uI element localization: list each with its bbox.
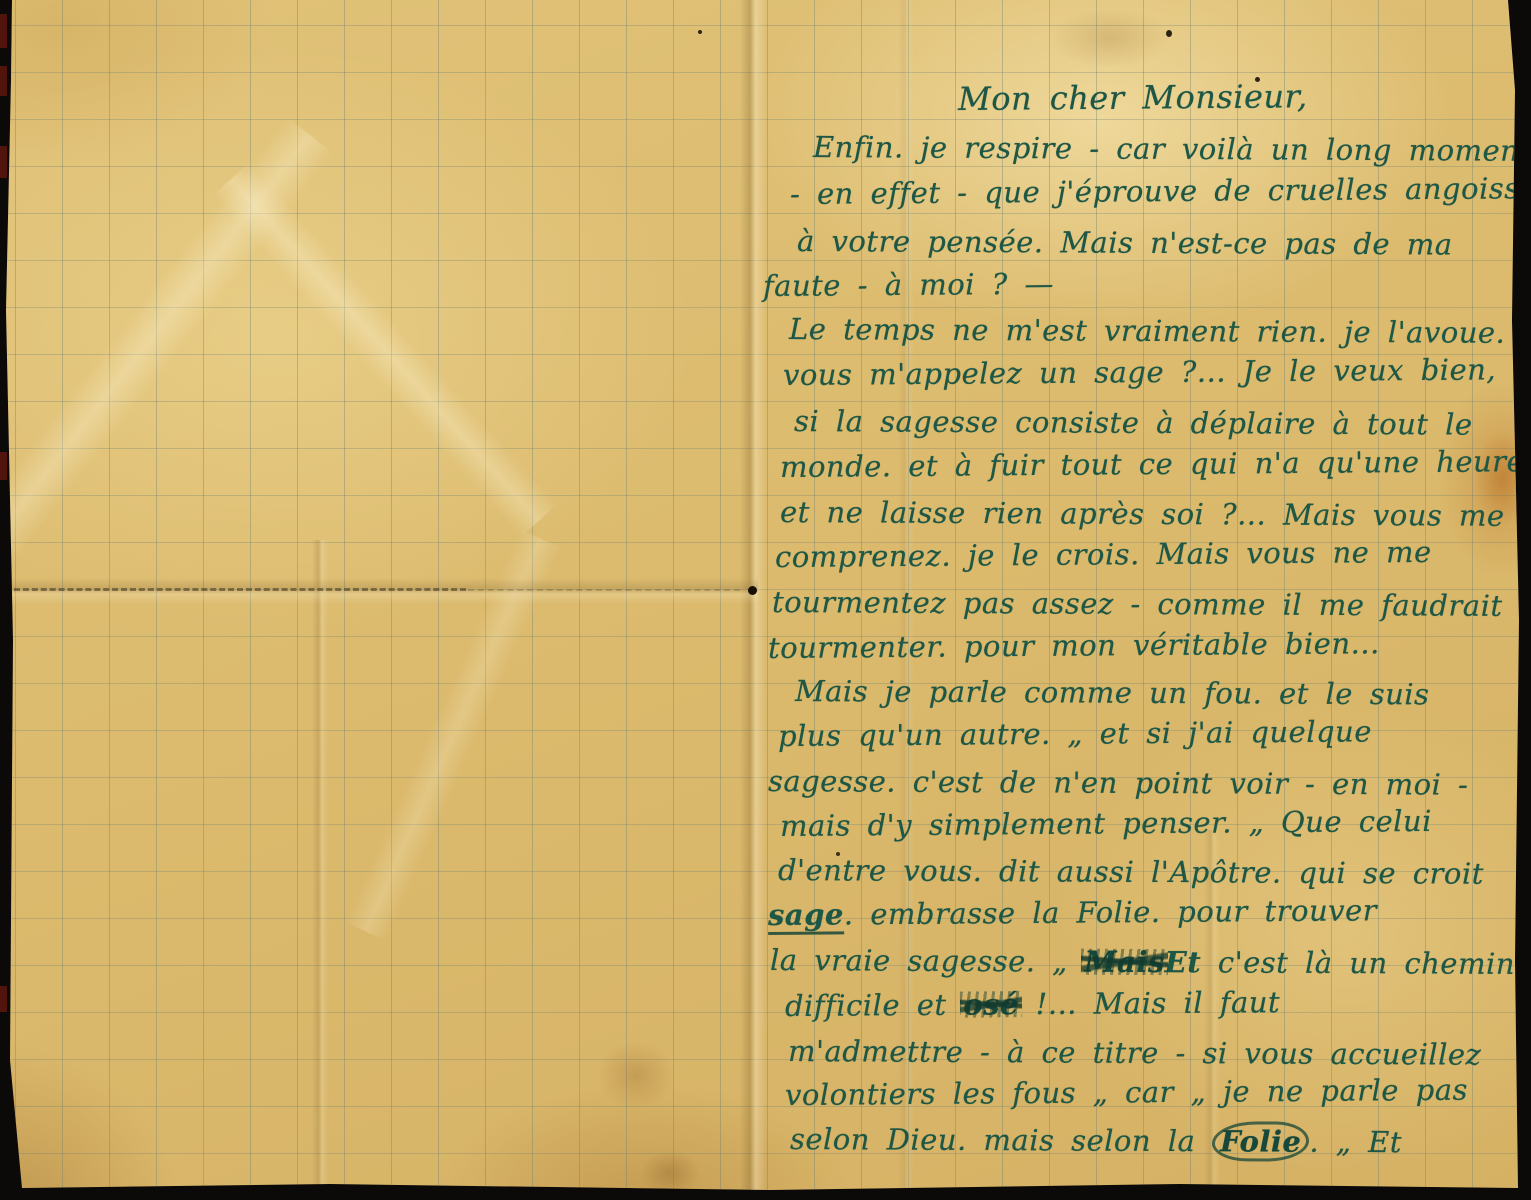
underlined-word: sage	[768, 897, 844, 935]
letter-line: d'entre vous. dit aussi l'Apôtre. qui se…	[778, 853, 1484, 891]
letter-line: Enfin. je respire - car voilà un long mo…	[813, 130, 1531, 168]
letter-line: faute - à moi ? —	[763, 267, 1054, 303]
letter-line: comprenez. je le crois. Mais vous ne me	[775, 535, 1432, 574]
handwritten-text: Mon cher Monsieur, Enfin. je respire - c…	[0, 0, 1531, 1200]
line-text: la vraie sagesse. „	[770, 943, 1085, 979]
paper-sheet: Mon cher Monsieur, Enfin. je respire - c…	[0, 0, 1531, 1200]
crossed-out-word: Mais	[1084, 945, 1164, 979]
letter-line: tourmenter. pour mon véritable bien...	[768, 626, 1380, 665]
letter-line: Mais je parle comme un fou. et le suis	[795, 674, 1430, 711]
letter-line: - en effet - que j'éprouve de cruelles a…	[790, 171, 1531, 211]
scanned-letter: Mon cher Monsieur, Enfin. je respire - c…	[0, 0, 1531, 1200]
edge-red-mark	[0, 986, 7, 1012]
edge-red-mark	[0, 14, 7, 48]
letter-line: vous m'appelez un sage ?... Je le veux b…	[783, 352, 1496, 392]
letter-line: Le temps ne m'est vraiment rien. je l'av…	[789, 312, 1531, 350]
line-text: selon Dieu. mais selon la	[790, 1122, 1212, 1158]
letter-line: la vraie sagesse. „ MaisEt c'est là un c…	[770, 943, 1515, 981]
letter-line: et ne laisse rien après soi ?... Mais vo…	[780, 495, 1505, 533]
letter-line: à votre pensée. Mais n'est-ce pas de ma	[797, 224, 1453, 261]
line-text: !... Mais il faut	[1019, 985, 1280, 1021]
letter-line: mais d'y simplement penser. „ Que celui	[780, 804, 1432, 843]
letter-line: sage. embrasse la Folie. pour trouver	[768, 893, 1377, 932]
edge-red-mark	[0, 452, 7, 480]
letter-line: monde. et à fuir tout ce qui n'a qu'une …	[780, 444, 1531, 484]
letter-line: plus qu'un autre. „ et si j'ai quelque	[778, 714, 1372, 753]
letter-line: si la sagesse consiste à déplaire à tout…	[794, 404, 1473, 442]
edge-red-mark	[0, 146, 7, 178]
overwritten-word: Et	[1165, 945, 1202, 979]
line-text: difficile et	[785, 988, 964, 1023]
line-text: . embrasse la Folie. pour trouver	[844, 893, 1377, 931]
circled-word: Folie	[1212, 1121, 1310, 1162]
crossed-out-word: osé	[963, 987, 1019, 1021]
letter-line: selon Dieu. mais selon la Folie. „ Et	[790, 1122, 1402, 1159]
line-text: . „ Et	[1309, 1125, 1402, 1159]
line-text: c'est là un chemin	[1201, 945, 1515, 981]
letter-line: sagesse. c'est de n'en point voir - en m…	[768, 764, 1469, 802]
edge-red-mark	[0, 66, 7, 96]
letter-line: difficile et osé !... Mais il faut	[785, 985, 1280, 1023]
salutation: Mon cher Monsieur,	[958, 77, 1308, 118]
letter-line: volontiers les fous „ car „ je ne parle …	[785, 1073, 1468, 1112]
letter-line: tourmentez pas assez - comme il me faudr…	[772, 585, 1503, 623]
letter-line: m'admettre - à ce titre - si vous accuei…	[788, 1034, 1482, 1072]
